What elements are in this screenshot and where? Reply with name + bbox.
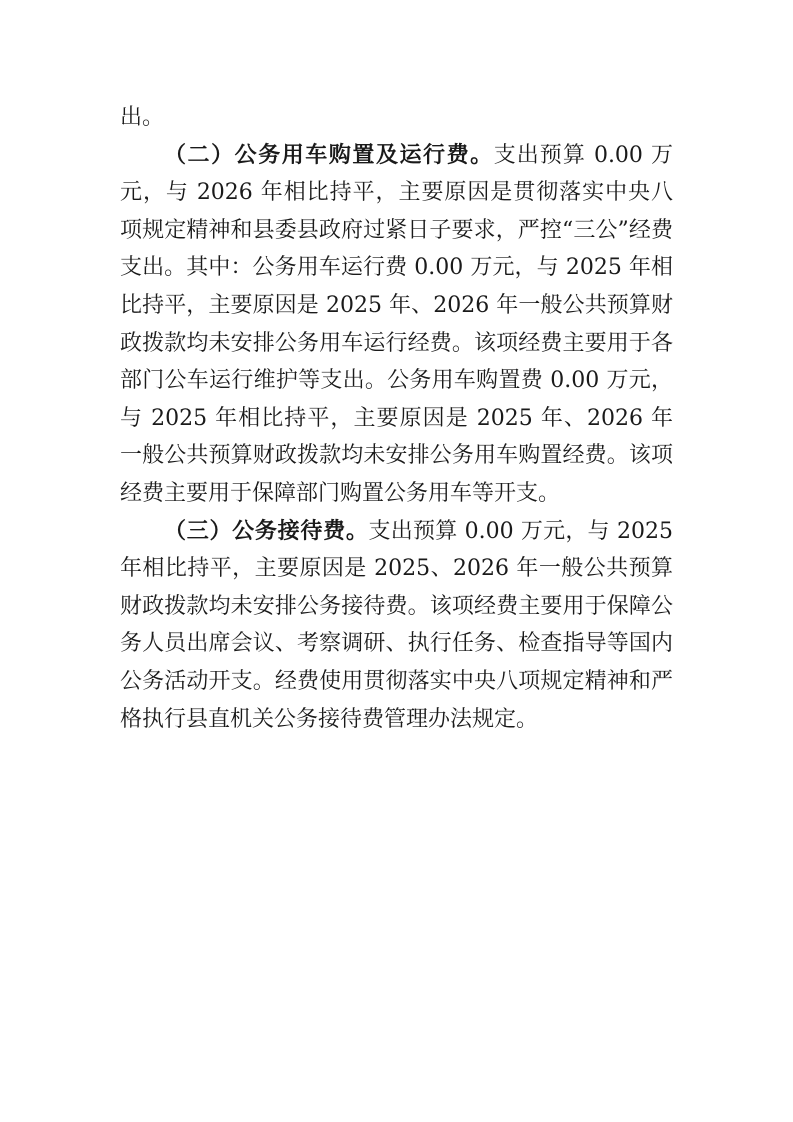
paragraph-vehicle-fee-text: 支出预算 0.00 万元，与 2026 年相比持平，主要原因是贯彻落实中央八项规… — [120, 143, 673, 506]
document-page: 出。 （二）公务用车购置及运行费。支出预算 0.00 万元，与 2026 年相比… — [0, 0, 793, 1122]
section-heading-reception-fee: （三）公务接待费。 — [164, 518, 369, 544]
paragraph-reception-fee-text: 支出预算 0.00 万元，与 2025 年相比持平，主要原因是 2025、202… — [120, 519, 673, 732]
paragraph-continuation: 出。 — [120, 99, 673, 137]
paragraph-vehicle-purchase-operation-fee: （二）公务用车购置及运行费。支出预算 0.00 万元，与 2026 年相比持平，… — [120, 137, 673, 513]
section-heading-vehicle-fee: （二）公务用车购置及运行费。 — [164, 142, 494, 168]
paragraph-official-reception-fee: （三）公务接待费。支出预算 0.00 万元，与 2025 年相比持平，主要原因是… — [120, 513, 673, 739]
paragraph-continuation-text: 出。 — [120, 105, 164, 130]
